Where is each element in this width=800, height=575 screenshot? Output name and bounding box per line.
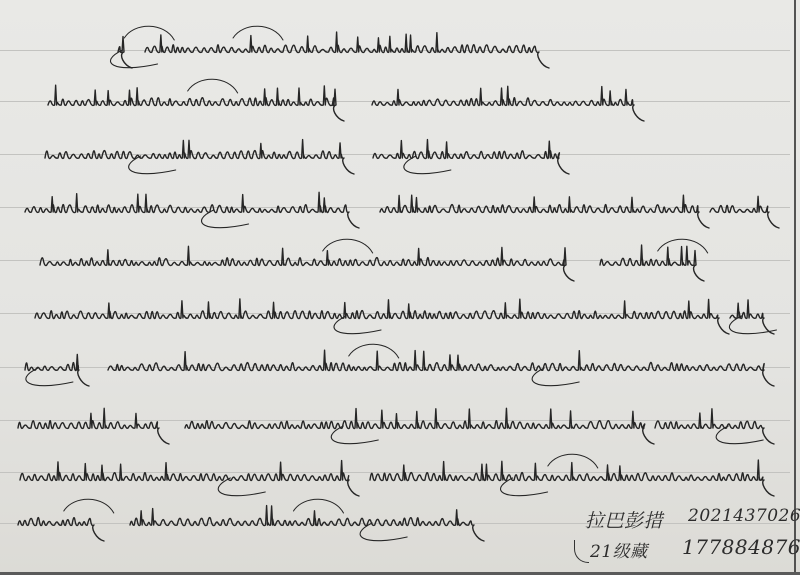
page-edge-right: [794, 0, 796, 575]
handwritten-phrase: [380, 195, 709, 228]
handwritten-phrase: [18, 518, 104, 541]
handwritten-flourish: [729, 316, 776, 334]
signature-class: 21级藏: [590, 537, 648, 562]
handwritten-phrase: [25, 192, 359, 228]
signature-name: 拉巴彭措: [585, 506, 663, 533]
handwritten-flourish: [716, 426, 763, 444]
handwritten-phrase: [130, 506, 484, 541]
handwritten-phrase: [145, 32, 549, 68]
handwritten-phrase: [730, 300, 774, 334]
handwritten-phrase: [45, 140, 354, 174]
handwritten-vowel-mark: [233, 26, 283, 40]
handwritten-flourish: [532, 368, 579, 386]
handwritten-flourish: [404, 156, 451, 174]
handwritten-page: 拉巴彭措 21级藏 2021437026 17788487648: [0, 0, 800, 575]
handwritten-phrase: [108, 350, 774, 386]
handwritten-vowel-mark: [124, 26, 174, 40]
handwritten-phrase: [20, 461, 359, 496]
signature-phone: 17788487648: [682, 535, 800, 559]
handwritten-vowel-mark: [323, 239, 373, 253]
handwritten-vowel-mark: [64, 499, 114, 513]
handwritten-phrase: [372, 86, 644, 121]
handwritten-phrase: [710, 196, 779, 228]
handwritten-phrase: [35, 299, 729, 334]
handwritten-phrase: [185, 408, 654, 444]
handwritten-phrase: [118, 37, 132, 68]
handwritten-phrase: [40, 246, 574, 281]
tibetan-handwriting: [0, 0, 800, 575]
handwritten-phrase: [18, 408, 169, 444]
handwritten-phrase: [373, 140, 569, 174]
handwritten-phrase: [655, 409, 774, 444]
handwritten-vowel-mark: [188, 79, 238, 93]
handwritten-vowel-mark: [658, 239, 708, 253]
handwritten-phrase: [370, 460, 774, 496]
handwritten-vowel-mark: [293, 499, 343, 513]
handwritten-vowel-mark: [349, 344, 399, 358]
handwritten-phrase: [600, 245, 704, 281]
handwritten-vowel-mark: [548, 454, 598, 468]
signature-student-id: 2021437026: [688, 506, 800, 526]
handwritten-phrase: [48, 85, 344, 121]
handwritten-flourish: [129, 156, 176, 174]
